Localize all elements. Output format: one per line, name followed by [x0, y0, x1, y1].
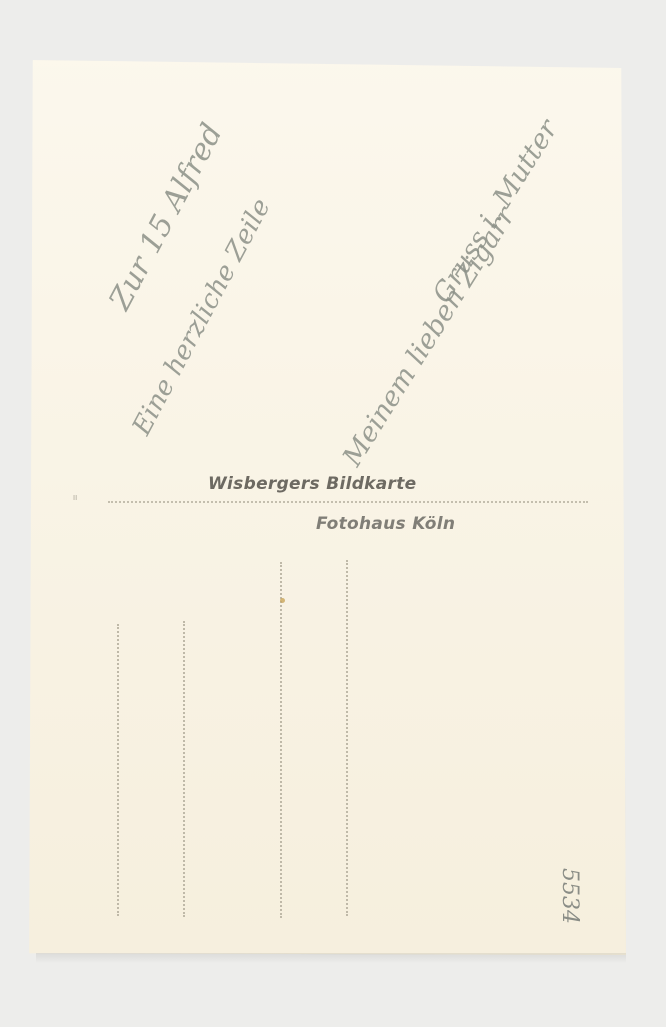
stain-spot — [280, 598, 285, 603]
left-mark: II — [73, 494, 77, 502]
address-line-3 — [280, 562, 282, 918]
postcard-shadow — [36, 953, 626, 963]
catalog-number: 5534 — [557, 868, 582, 924]
publisher-stamp: Wisbergers Bildkarte — [208, 474, 417, 494]
divider-line-horizontal — [108, 501, 588, 503]
address-line-4 — [346, 560, 348, 916]
address-line-1 — [117, 624, 119, 916]
address-line-2 — [183, 621, 185, 917]
studio-stamp: Fotohaus Köln — [316, 514, 455, 534]
